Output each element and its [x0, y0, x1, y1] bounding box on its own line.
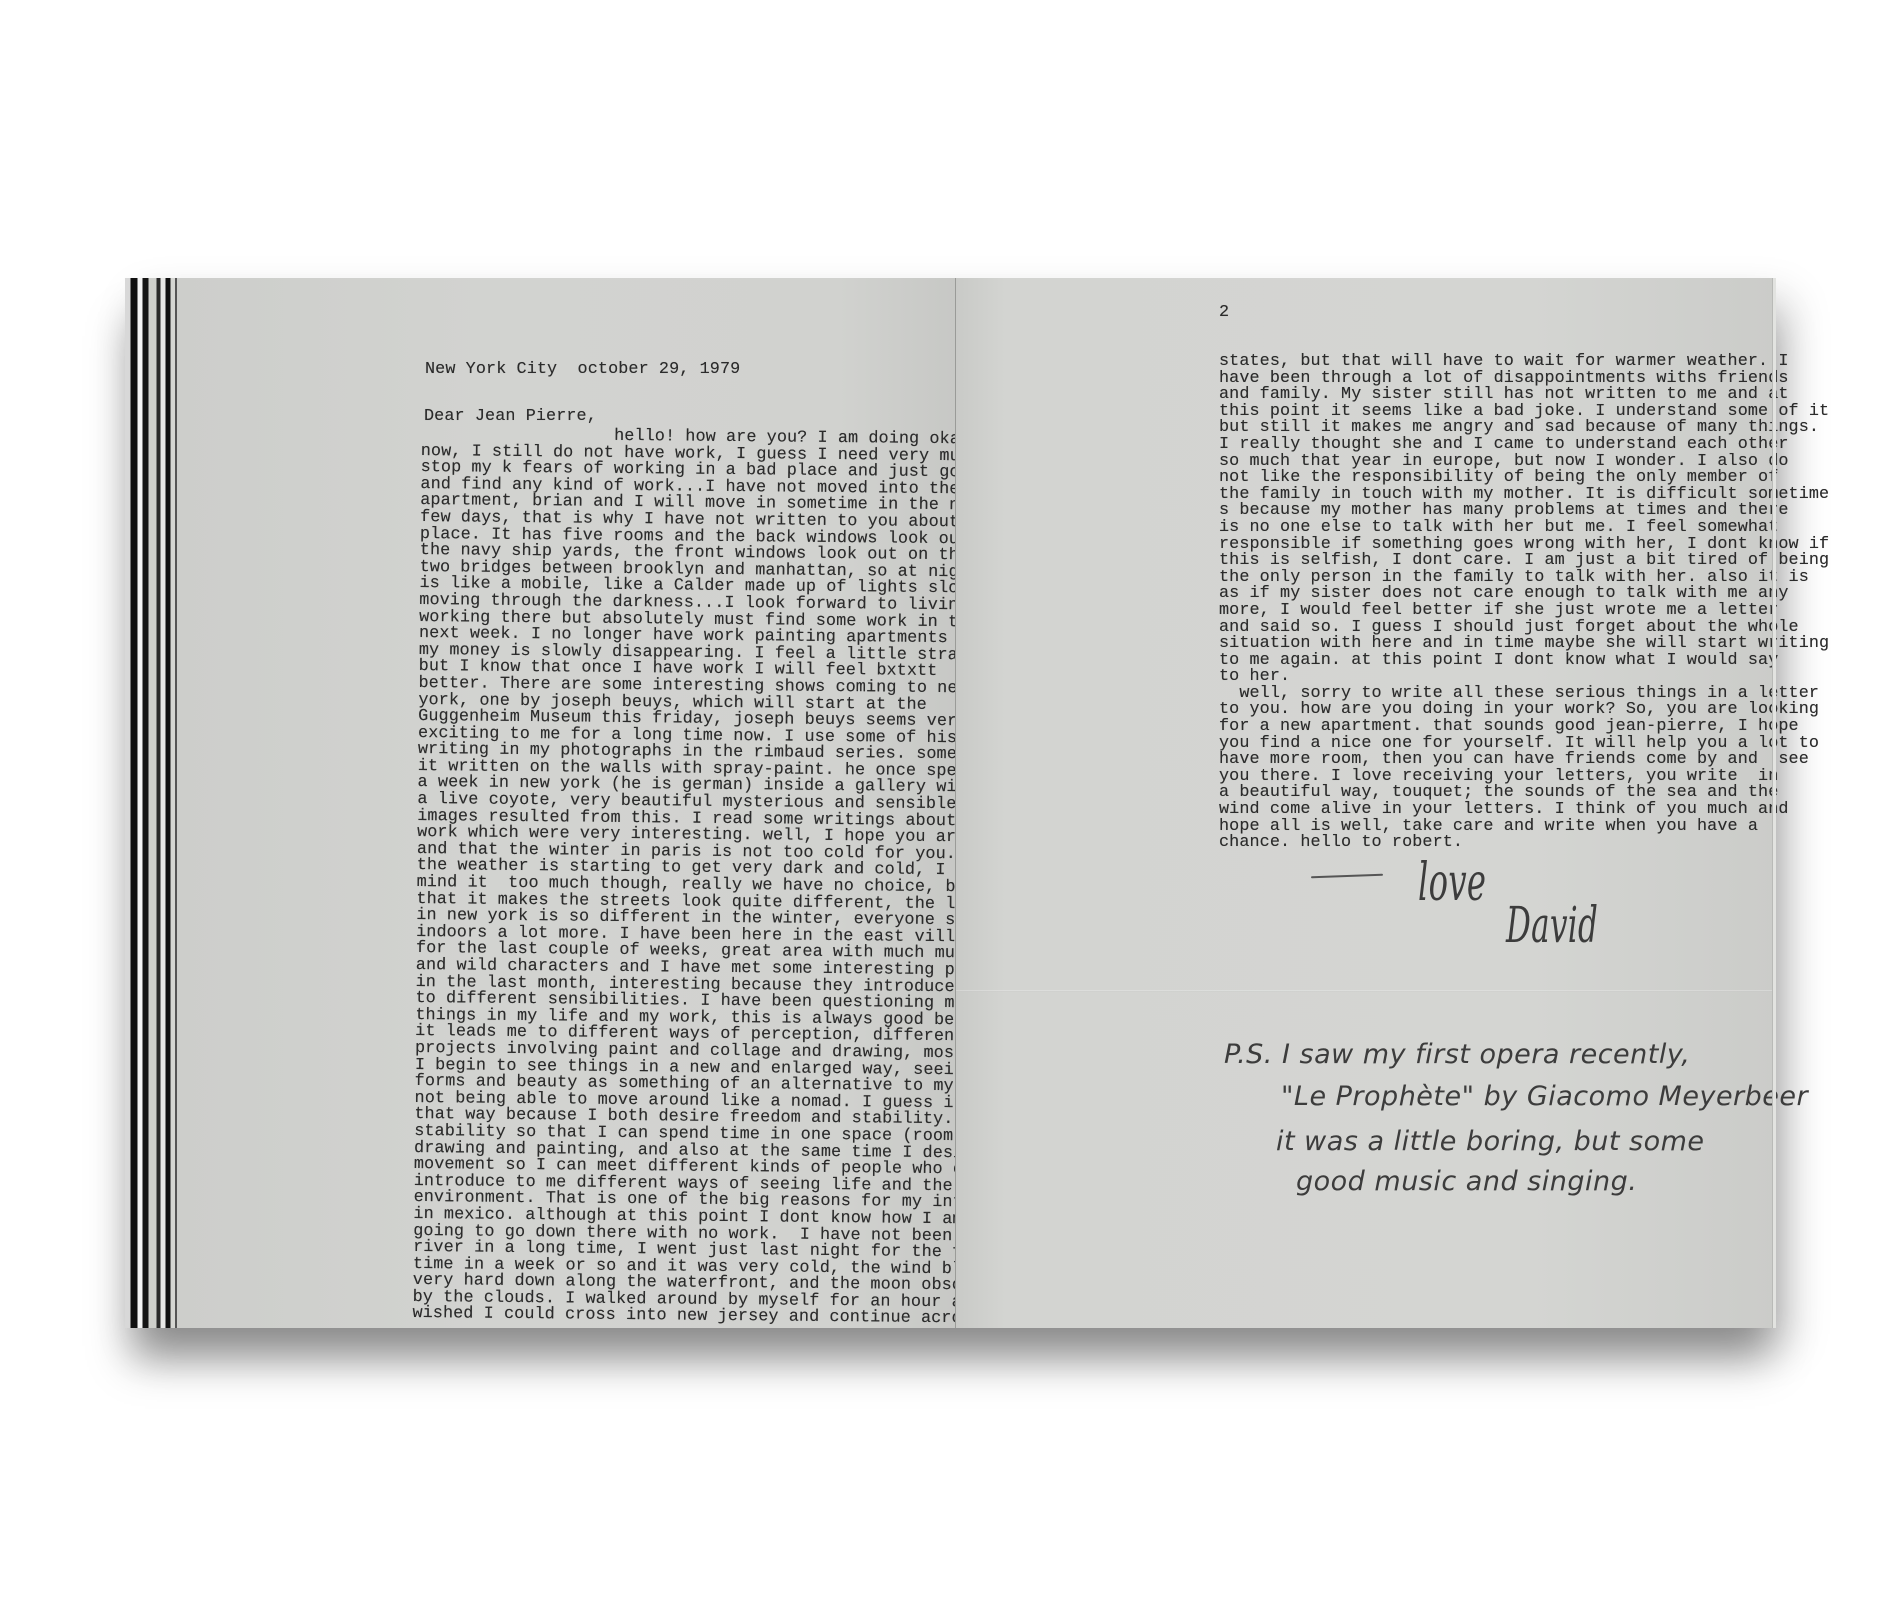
- signature-name: David: [1506, 896, 1598, 954]
- letter-salutation: Dear Jean Pierre,: [424, 409, 597, 426]
- right-page: 2 states, but that will have to wait for…: [955, 278, 1776, 1328]
- paper-fold-line: [956, 990, 1776, 992]
- letter-location-date: New York City october 29, 1979: [425, 362, 740, 379]
- letter-body-page-2: states, but that will have to wait for w…: [1219, 354, 1829, 852]
- signature-closing: love: [1418, 853, 1486, 913]
- signature-dash: [1311, 874, 1383, 879]
- open-book: New York City october 29, 1979 Dear Jean…: [125, 278, 1775, 1328]
- page-number: 2: [1219, 305, 1229, 322]
- postscript-line: "Le Prophète" by Giacomo Meyerbeer: [1281, 1083, 1808, 1110]
- letter-body-page-1: hello! how are you? I am doing okay righ…: [412, 427, 1031, 1329]
- typed-line: chance. hello to robert.: [1219, 835, 1829, 852]
- typed-line: wished I could cross into new jersey and…: [412, 1306, 1022, 1328]
- postscript-line: P.S. I saw my first opera recently,: [1224, 1041, 1690, 1068]
- postscript-line: good music and singing.: [1296, 1168, 1637, 1195]
- right-page-edge: [1772, 278, 1776, 1328]
- typed-line: to me again. at this point I dont know w…: [1219, 653, 1829, 670]
- postscript-line: it was a little boring, but some: [1276, 1128, 1705, 1155]
- page-edges: [125, 278, 177, 1328]
- left-page: New York City october 29, 1979 Dear Jean…: [177, 278, 955, 1328]
- typed-line: more, I would feel better if she just wr…: [1219, 603, 1829, 620]
